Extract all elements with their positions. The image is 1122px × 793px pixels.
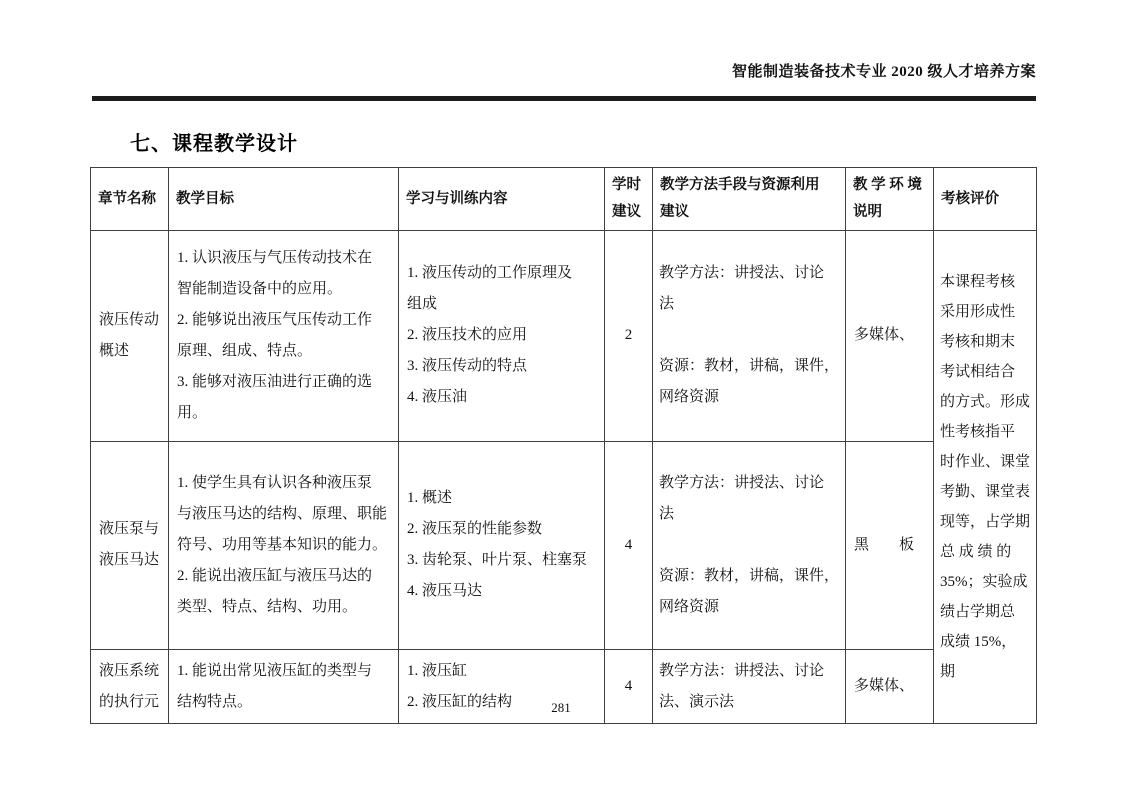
course-design-table: 章节名称 教学目标 学习与训练内容 学时 建议 教学方法手段与资源利用 建议 教… bbox=[90, 167, 1037, 724]
methods-cell: 教学方法：讲授法、讨论 法 资源：教材，讲稿，课件， 网络资源 bbox=[653, 231, 846, 442]
evaluation-text: 本课程考核 采用形成性 考核和期末 考试相结合 的方式。形成 性考核指平 时作业… bbox=[940, 267, 1031, 691]
header-content: 学习与训练内容 bbox=[399, 168, 605, 231]
header-evaluation: 考核评价 bbox=[934, 168, 1037, 231]
table-header-row: 章节名称 教学目标 学习与训练内容 学时 建议 教学方法手段与资源利用 建议 教… bbox=[91, 168, 1037, 231]
page-number: 281 bbox=[0, 700, 1122, 716]
section-title: 七、课程教学设计 bbox=[130, 127, 298, 156]
evaluation-cell: 本课程考核 采用形成性 考核和期末 考试相结合 的方式。形成 性考核指平 时作业… bbox=[934, 231, 1037, 724]
header-divider-rule bbox=[92, 96, 1036, 101]
table-row: 液压传动 概述 1. 认识液压与气压传动技术在 智能制造设备中的应用。 2. 能… bbox=[91, 231, 1037, 442]
content-cell: 1. 概述 2. 液压泵的性能参数 3. 齿轮泵、叶片泵、柱塞泵 4. 液压马达 bbox=[399, 441, 605, 649]
document-header: 智能制造装备技术专业 2020 级人才培养方案 bbox=[732, 60, 1036, 81]
methods-cell: 教学方法：讲授法、讨论 法 资源：教材，讲稿，课件， 网络资源 bbox=[653, 441, 846, 649]
hours-cell: 2 bbox=[605, 231, 653, 442]
hours-cell: 4 bbox=[605, 441, 653, 649]
chapter-cell: 液压泵与 液压马达 bbox=[91, 441, 169, 649]
environment-cell: 黑 板 bbox=[846, 441, 934, 649]
content-cell: 1. 液压传动的工作原理及 组成 2. 液压技术的应用 3. 液压传动的特点 4… bbox=[399, 231, 605, 442]
header-chapter: 章节名称 bbox=[91, 168, 169, 231]
objectives-cell: 1. 使学生具有认识各种液压泵 与液压马达的结构、原理、职能 符号、功用等基本知… bbox=[169, 441, 399, 649]
header-objectives: 教学目标 bbox=[169, 168, 399, 231]
environment-cell: 多媒体、 bbox=[846, 231, 934, 442]
objectives-cell: 1. 认识液压与气压传动技术在 智能制造设备中的应用。 2. 能够说出液压气压传… bbox=[169, 231, 399, 442]
header-methods: 教学方法手段与资源利用 建议 bbox=[653, 168, 846, 231]
table-row: 液压泵与 液压马达 1. 使学生具有认识各种液压泵 与液压马达的结构、原理、职能… bbox=[91, 441, 1037, 649]
chapter-cell: 液压传动 概述 bbox=[91, 231, 169, 442]
header-hours: 学时 建议 bbox=[605, 168, 653, 231]
header-environment: 教 学 环 境 说明 bbox=[846, 168, 934, 231]
